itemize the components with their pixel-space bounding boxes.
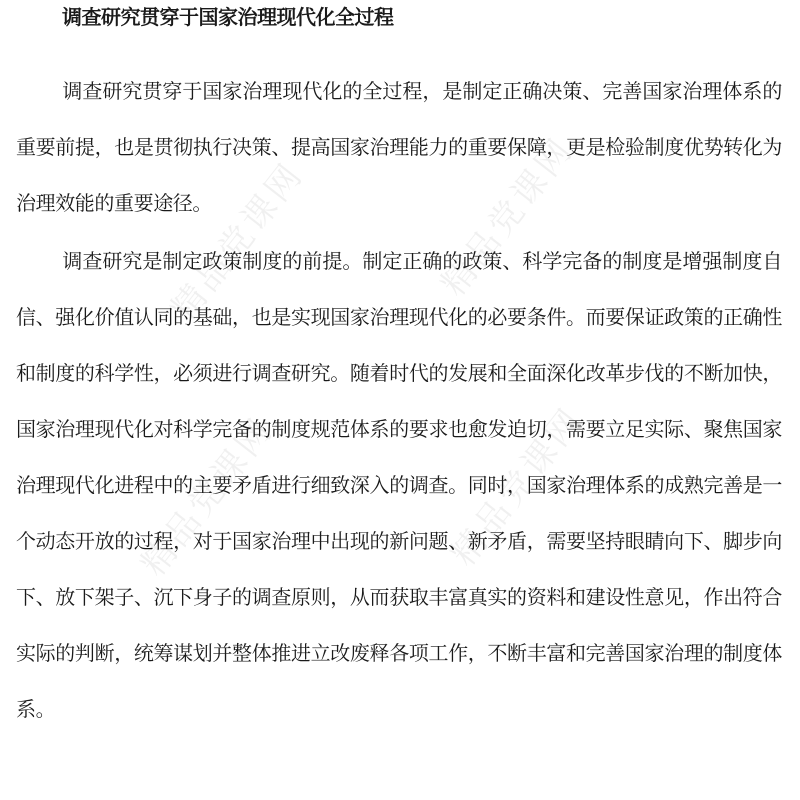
document-title: 调查研究贯穿于国家治理现代化全过程 [62,2,394,32]
paragraph-2: 调查研究是制定政策制度的前提。制定正确的政策、科学完备的制度是增强制度自信、强化… [16,233,782,737]
paragraph-text: 调查研究贯穿于国家治理现代化的全过程，是制定正确决策、完善国家治理体系的重要前提… [16,79,782,215]
paragraph-1: 调查研究贯穿于国家治理现代化的全过程，是制定正确决策、完善国家治理体系的重要前提… [16,63,782,231]
paragraph-text: 调查研究是制定政策制度的前提。制定正确的政策、科学完备的制度是增强制度自信、强化… [16,249,782,721]
